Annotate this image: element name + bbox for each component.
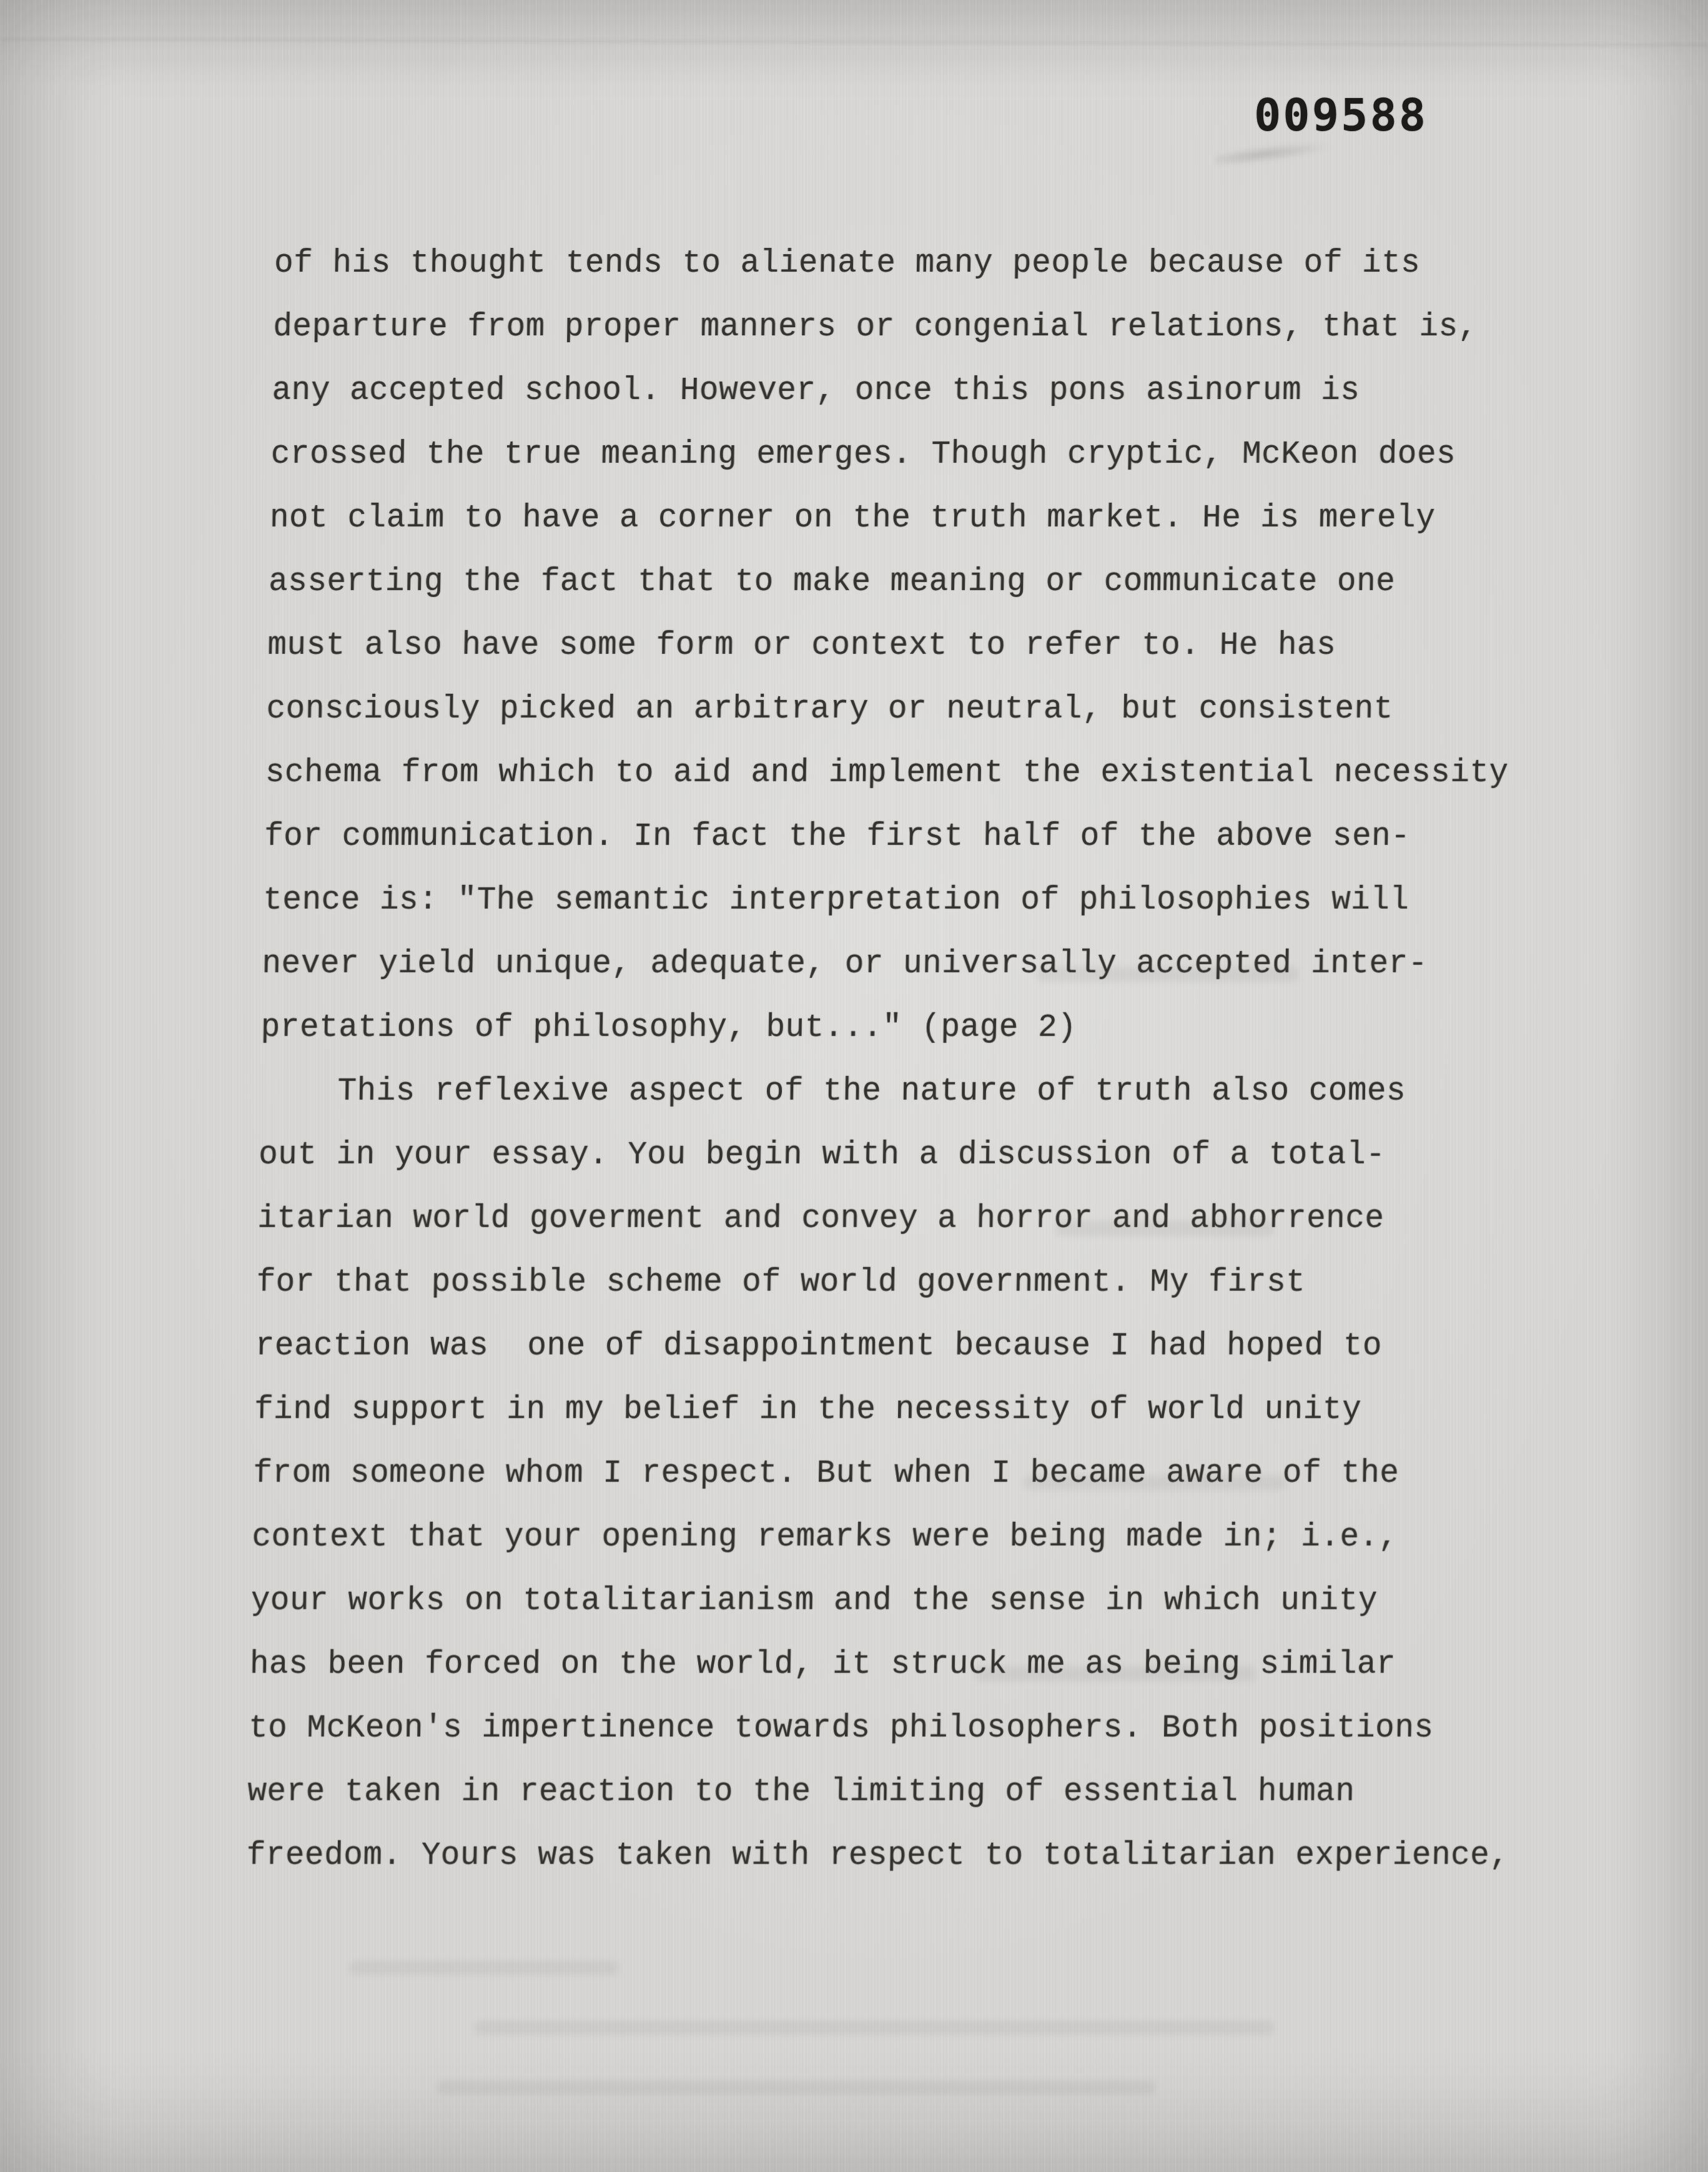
text-line: not claim to have a corner on the truth … bbox=[269, 487, 1533, 551]
text-line: This reflexive aspect of the nature of t… bbox=[259, 1060, 1523, 1124]
page-number-stamp: 009588 bbox=[1254, 92, 1428, 137]
text-line: reaction was one of disappointment becau… bbox=[255, 1315, 1519, 1379]
scanned-typewritten-page: 009588 of his thought tends to alienate … bbox=[0, 0, 1708, 2172]
paper-crease bbox=[0, 38, 1708, 46]
text-line: for communication. In fact the first hal… bbox=[264, 806, 1528, 869]
text-line: pretations of philosophy, but..." (page … bbox=[260, 997, 1524, 1060]
text-line: crossed the true meaning emerges. Though… bbox=[270, 423, 1534, 487]
text-line: were taken in reaction to the limiting o… bbox=[247, 1761, 1511, 1825]
ink-smudge bbox=[1214, 138, 1334, 169]
text-line: any accepted school. However, once this … bbox=[272, 360, 1536, 423]
text-line: find support in my belief in the necessi… bbox=[254, 1379, 1518, 1443]
text-line: has been forced on the world, it struck … bbox=[249, 1634, 1513, 1697]
typewritten-text-block: of his thought tends to alienate many pe… bbox=[246, 232, 1538, 1888]
bleed-through-mark bbox=[475, 2021, 1274, 2035]
text-line: to McKeon's impertinence towards philoso… bbox=[248, 1697, 1512, 1761]
text-line: never yield unique, adequate, or univers… bbox=[262, 933, 1526, 997]
text-line: context that your opening remarks were b… bbox=[252, 1506, 1516, 1570]
text-line: itarian world goverment and convey a hor… bbox=[257, 1188, 1521, 1251]
text-line: your works on totalitarianism and the se… bbox=[250, 1570, 1514, 1634]
text-line: from someone whom I respect. But when I … bbox=[252, 1443, 1516, 1506]
text-line: out in your essay. You begin with a disc… bbox=[258, 1124, 1522, 1188]
text-line: asserting the fact that to make meaning … bbox=[268, 551, 1532, 615]
text-line: of his thought tends to alienate many pe… bbox=[274, 232, 1538, 296]
text-line: schema from which to aid and implement t… bbox=[265, 742, 1529, 806]
text-line: freedom. Yours was taken with respect to… bbox=[246, 1825, 1510, 1888]
text-line: consciously picked an arbitrary or neutr… bbox=[266, 678, 1530, 742]
bleed-through-mark bbox=[350, 1961, 618, 1975]
text-line: departure from proper manners or congeni… bbox=[272, 296, 1536, 360]
bleed-through-mark bbox=[437, 2081, 1155, 2095]
text-line: tence is: "The semantic interpretation o… bbox=[262, 869, 1526, 933]
text-line: for that possible scheme of world govern… bbox=[256, 1251, 1520, 1315]
text-line: must also have some form or context to r… bbox=[267, 615, 1531, 678]
